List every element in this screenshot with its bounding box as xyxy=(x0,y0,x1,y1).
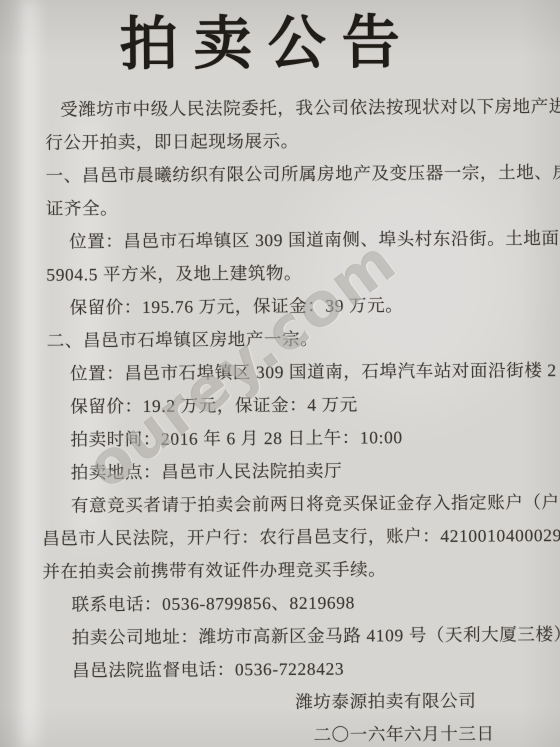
text-line: 受潍坊市中级人民法院委托，我公司依法按现状对以下房地产进 xyxy=(0,90,558,127)
text-line-item-2-location: 位置：昌邑市石埠镇区 309 国道南，石埠汽车站对面沿街楼 2 间。 xyxy=(0,354,560,391)
auction-notice-document: 拍卖公告 受潍坊市中级人民法院委托，我公司依法按现状对以下房地产进 行公开拍卖，… xyxy=(0,0,560,747)
text-line: 5904.5 平方米，及地上建筑物。 xyxy=(0,255,559,292)
document-body: 受潍坊市中级人民法院委托，我公司依法按现状对以下房地产进 行公开拍卖，即日起现场… xyxy=(0,90,560,747)
signature-date: 二〇一六年六月十三日 xyxy=(2,717,560,747)
text-line-item-1-heading: 一、昌邑市晨曦纺织有限公司所属房地产及变压器一宗，土地、房产 xyxy=(0,156,559,193)
text-line-item-1-location: 位置：昌邑市石埠镇区 309 国道南侧、埠头村东沿街。土地面积 xyxy=(0,222,559,259)
text-line-item-1-price: 保留价：195.76 万元，保证金：39 万元。 xyxy=(0,288,560,325)
text-line-auction-place: 拍卖地点：昌邑市人民法院拍卖厅 xyxy=(1,453,560,490)
text-line-contact-phone: 联系电话：0536-8799856、8219698 xyxy=(1,585,560,622)
text-line: 并在拍卖会前携带有效证件办理竞买手续。 xyxy=(1,552,560,589)
text-line-auction-time: 拍卖时间：2016 年 6 月 28 日上午：10:00 xyxy=(0,420,560,457)
text-line-bank-account: 昌邑市人民法院，开户行：农行昌邑支行，账户：421001040002916）。 xyxy=(1,519,560,556)
text-line-company-address: 拍卖公司地址：潍坊市高新区金马路 4109 号（天利大厦三楼） xyxy=(2,618,560,655)
text-line-item-2-price: 保留价：19.2 万元，保证金：4 万元 xyxy=(0,387,560,424)
text-line-court-phone: 昌邑法院监督电话：0536-7228423 xyxy=(2,651,560,688)
text-line-item-2-heading: 二、昌邑市石埠镇区房地产一宗。 xyxy=(0,321,560,358)
text-line: 行公开拍卖，即日起现场展示。 xyxy=(0,123,558,160)
document-title: 拍卖公告 xyxy=(0,0,548,86)
signature-company: 潍坊泰源拍卖有限公司 xyxy=(2,684,560,721)
text-line-deposit-info: 有意竞买者请于拍卖会前两日将竞买保证金存入指定账户（户名： xyxy=(1,486,560,523)
text-line: 证齐全。 xyxy=(0,189,559,226)
